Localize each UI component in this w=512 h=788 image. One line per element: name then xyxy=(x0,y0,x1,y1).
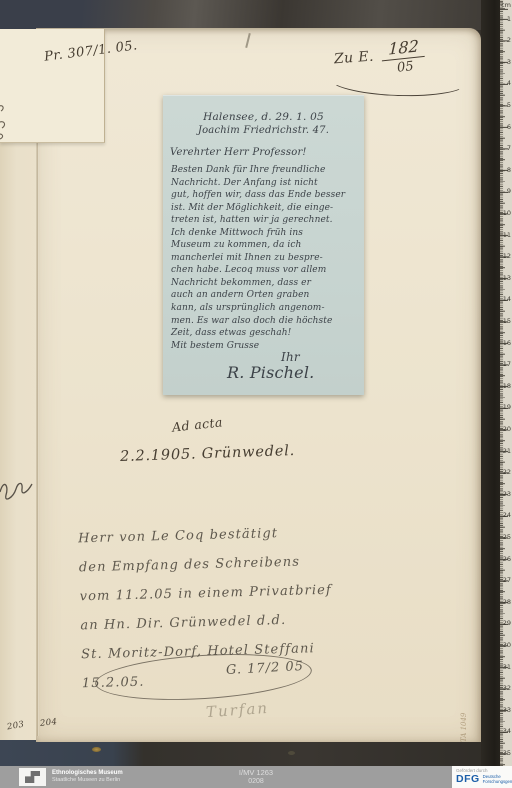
letter-body: Besten Dank für Ihre freundlicheNachrich… xyxy=(171,164,360,352)
letter-body-line: Besten Dank für Ihre freundliche xyxy=(171,164,360,177)
cm-ruler: cm 1234567891011121314151617181920212223… xyxy=(500,0,512,766)
dfg-full-name: Deutsche Forschungsgemeinschaft xyxy=(483,775,512,785)
letter-body-line: auch an andern Orten graben xyxy=(171,289,360,302)
vertical-shelfmark-note: TA 1049 xyxy=(460,713,468,742)
dfg-name-line2: Forschungsgemeinschaft xyxy=(483,780,512,785)
dfg-logo-box: Gefördert durch DFG Deutsche Forschungsg… xyxy=(452,766,512,788)
letter-salutation: Verehrter Herr Professor! xyxy=(170,147,307,158)
document-shelfmark: I/MV 1263 xyxy=(0,769,512,778)
digitization-footer: Ethnologisches Museum Staatliche Museen … xyxy=(0,766,512,788)
letter-body-line: men. Es war also doch die höchste xyxy=(171,315,360,328)
binding-screw2-icon xyxy=(288,751,295,755)
margin-scribble-top xyxy=(0,101,18,141)
letter-address: Joachim Friedrichstr. 47. xyxy=(163,125,364,136)
ruler-unit-label: cm xyxy=(501,1,511,9)
letter-closing: Ihr xyxy=(281,350,300,364)
letter-body-line: Ich denke Mittwoch früh ins xyxy=(171,227,360,240)
letter-place-date: Halensee, d. 29. 1. 05 xyxy=(163,111,364,123)
page-edge-gutter xyxy=(481,0,500,766)
dfg-logo: DFG Deutsche Forschungsgemeinschaft xyxy=(456,774,512,785)
letter-signature: R. Pischel. xyxy=(227,363,314,382)
file-number-numerator: 182 xyxy=(382,36,425,62)
letter-body-line: Nachricht bekommen, dass er xyxy=(171,277,360,290)
letter-body-line: Nachricht. Der Anfang ist nicht xyxy=(171,177,360,190)
letter-body-line: Mit bestem Grusse xyxy=(171,340,360,353)
letter-body-line: gut, hoffen wir, dass das Ende besser xyxy=(171,189,360,202)
dfg-abbreviation: DFG xyxy=(456,774,480,785)
document-image-number: 0208 xyxy=(0,778,512,786)
letter-body-line: ist. Mit der Möglichkeit, die einge- xyxy=(171,202,360,215)
book-backdrop-top xyxy=(0,0,512,30)
letter-body-line: kann, als ursprünglich angenom- xyxy=(171,302,360,315)
margin-scribble-left xyxy=(0,462,34,510)
letter-body-line: mancherlei mit Ihnen zu bespre- xyxy=(171,252,360,265)
letter-card: Halensee, d. 29. 1. 05 Joachim Friedrich… xyxy=(163,95,364,395)
binding-screw-icon xyxy=(92,747,101,752)
letter-body-line: Zeit, dass etwas geschah! xyxy=(171,327,360,340)
document-id-block: I/MV 1263 0208 xyxy=(0,769,512,786)
letter-body-line: treten ist, hatten wir ja gerechnet. xyxy=(171,214,360,227)
page-number-right: 204 xyxy=(40,717,58,729)
archival-scan-page: Pr. 307/1. 05. Zu E. 182 05 Halensee, d.… xyxy=(0,0,512,788)
letter-body-line: Museum zu kommen, da ich xyxy=(171,239,360,252)
letter-body-line: chen habe. Lecoq muss vor allem xyxy=(171,264,360,277)
